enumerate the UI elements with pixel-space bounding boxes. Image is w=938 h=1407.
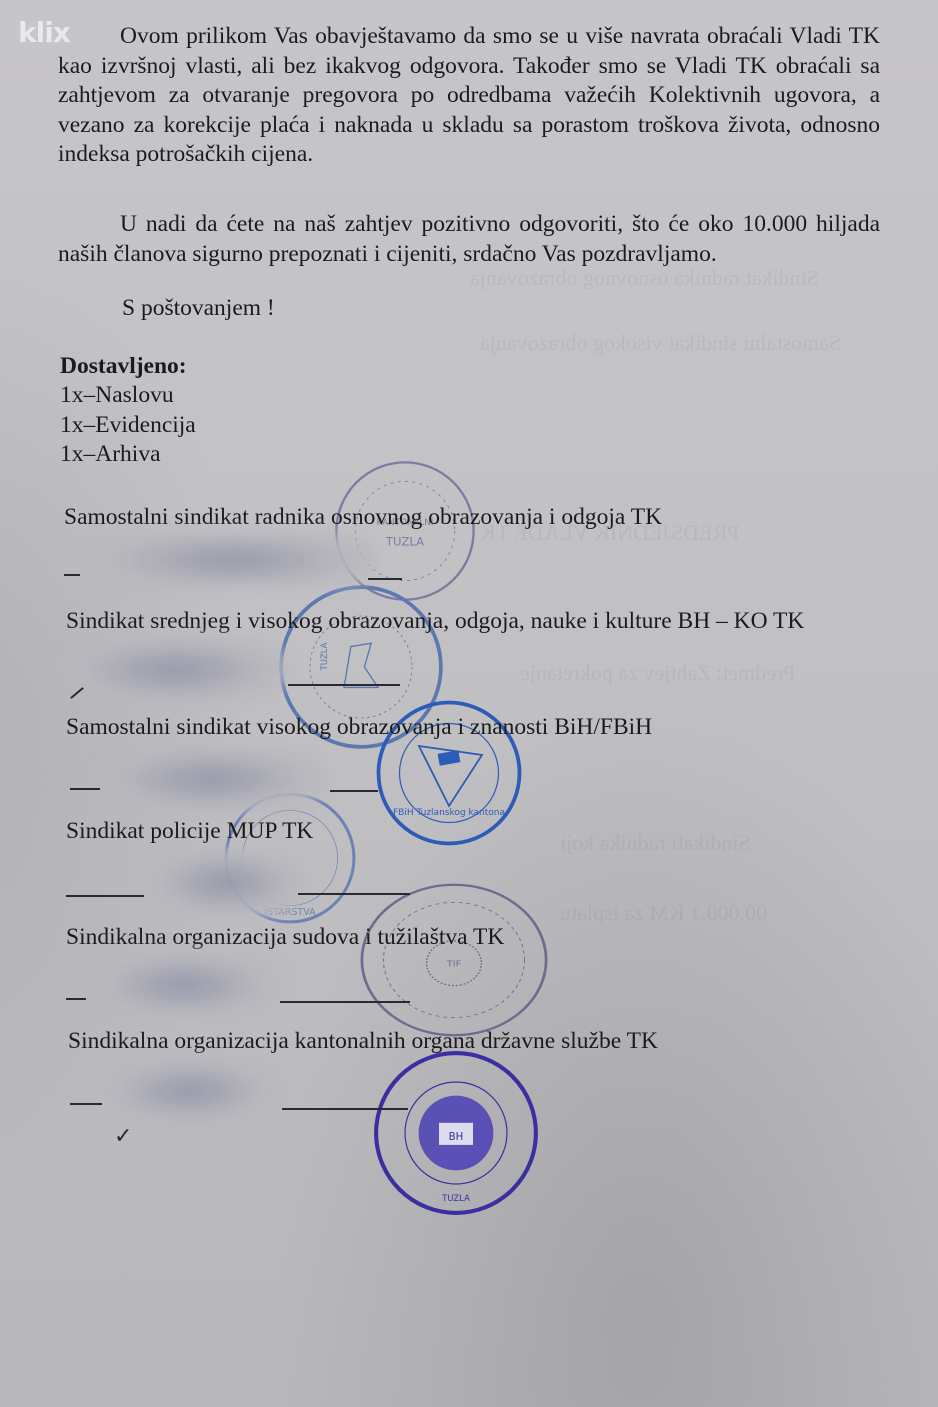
signature-line xyxy=(280,1001,410,1003)
distribution-item: 1x–Arhiva xyxy=(60,441,161,468)
closing-salutation: S poštovanjem ! xyxy=(122,295,275,322)
svg-text:BH: BH xyxy=(449,1132,464,1143)
redacted-signature xyxy=(146,848,306,918)
signature-line xyxy=(66,998,86,1000)
paragraph-1-text: Ovom prilikom Vas obavještavamo da smo s… xyxy=(58,23,880,167)
signature-line xyxy=(330,790,378,792)
signature-line xyxy=(298,893,410,895)
redacted-signature xyxy=(60,635,290,705)
svg-text:FBiH Tuzlanskog kantona: FBiH Tuzlanskog kantona xyxy=(393,808,505,818)
letter-paragraph-1: Ovom prilikom Vas obavještavamo da smo s… xyxy=(58,22,880,170)
signature-line xyxy=(70,1103,102,1105)
signatory-name: Sindikat srednjeg i visokog obrazovanja,… xyxy=(66,608,804,635)
letter-paragraph-2: U nadi da ćete na naš zahtjev pozitivno … xyxy=(58,210,880,269)
signatory-name: Sindikat policije MUP TK xyxy=(66,818,313,845)
signatory-name: Samostalni sindikat visokog obrazovanja … xyxy=(66,714,652,741)
signature-line xyxy=(368,578,402,580)
redacted-signature xyxy=(96,745,326,813)
redacted-signature xyxy=(90,950,280,1020)
show-through-text: 00.000,1 KM za isplatu xyxy=(560,900,767,926)
distribution-item: 1x–Naslovu xyxy=(60,382,174,409)
paragraph-2-text: U nadi da ćete na naš zahtjev pozitivno … xyxy=(58,211,880,267)
svg-text:TUZLA: TUZLA xyxy=(385,535,424,549)
redacted-signature xyxy=(88,530,378,590)
signature-line xyxy=(66,895,144,897)
distribution-heading: Dostavljeno: xyxy=(60,353,187,380)
distribution-item: 1x–Evidencija xyxy=(60,412,196,439)
stamp-drzavna-sluzba: BHTUZLA xyxy=(370,1048,542,1218)
signatory-name: Samostalni sindikat radnika osnovnog obr… xyxy=(64,504,662,531)
svg-text:TIF: TIF xyxy=(446,960,462,969)
svg-text:TUZLA: TUZLA xyxy=(320,642,330,671)
redacted-signature xyxy=(100,1056,280,1126)
show-through-text: Samostalni sindikat visokog obrazovanja xyxy=(480,330,841,356)
svg-text:TUZLA: TUZLA xyxy=(441,1194,470,1204)
stamp-sudovi: TIF xyxy=(356,880,552,1040)
signature-line xyxy=(64,574,80,576)
show-through-text: Sindikati radnika koji xyxy=(560,830,751,856)
signature-line xyxy=(288,684,400,686)
show-through-text: Predmet: Zahtjev za pokretanje xyxy=(520,660,796,686)
signatory-name: Sindikalna organizacija kantonalnih orga… xyxy=(68,1028,658,1055)
signature-line xyxy=(282,1108,408,1110)
signature-checkmark: ✓ xyxy=(114,1124,132,1149)
signature-line xyxy=(70,788,100,790)
signatory-name: Sindikalna organizacija sudova i tužilaš… xyxy=(66,924,504,951)
